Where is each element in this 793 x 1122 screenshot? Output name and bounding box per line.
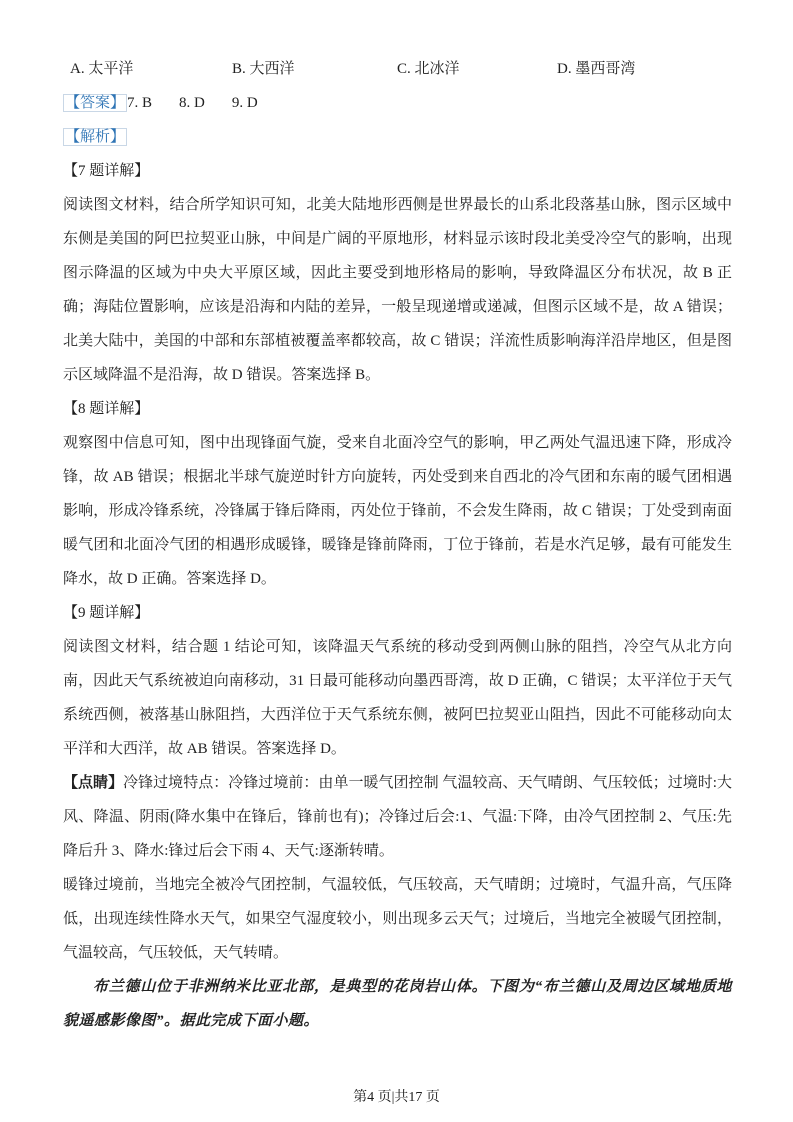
option-a: A. 太平洋 — [70, 52, 133, 86]
answer-row: 【答案】7. B8. D9. D — [63, 86, 732, 120]
tip-paragraph: 【点睛】冷锋过境特点：冷锋过境前：由单一暖气团控制 气温较高、天气晴朗、气压较低… — [63, 766, 732, 868]
section-heading-q8: 【8 题详解】 — [63, 392, 732, 426]
section-heading-q7: 【7 题详解】 — [63, 154, 732, 188]
section-body-q9: 阅读图文材料，结合题 1 结论可知，该降温天气系统的移动受到两侧山脉的阻挡，冷空… — [63, 630, 732, 766]
document-page: A. 太平洋 B. 大西洋 C. 北冰洋 D. 墨西哥湾 【答案】7. B8. … — [0, 0, 793, 1122]
section-heading-q9: 【9 题详解】 — [63, 596, 732, 630]
warm-front-paragraph: 暖锋过境前，当地完全被冷气团控制，气温较低，气压较高，天气晴朗；过境时，气温升高… — [63, 868, 732, 970]
section-body-q8: 观察图中信息可知，图中出现锋面气旋，受来自北面冷空气的影响，甲乙两处气温迅速下降… — [63, 426, 732, 596]
choice-options-row: A. 太平洋 B. 大西洋 C. 北冰洋 D. 墨西哥湾 — [63, 52, 732, 86]
option-d: D. 墨西哥湾 — [557, 52, 635, 86]
page-content: A. 太平洋 B. 大西洋 C. 北冰洋 D. 墨西哥湾 【答案】7. B8. … — [63, 52, 732, 1038]
option-c: C. 北冰洋 — [397, 52, 460, 86]
answer-label: 【答案】 — [63, 94, 127, 112]
answer-q8: 8. D — [179, 95, 205, 111]
analysis-label: 【解析】 — [63, 128, 127, 146]
answer-q7: 7. B — [127, 95, 152, 111]
tip-label: 【点睛】 — [63, 775, 123, 791]
tip-text: 冷锋过境特点：冷锋过境前：由单一暖气团控制 气温较高、天气晴朗、气压较低；过境时… — [63, 775, 732, 859]
page-footer: 第4 页|共17 页 — [0, 1086, 793, 1106]
answer-q9: 9. D — [232, 95, 258, 111]
analysis-row: 【解析】 — [63, 120, 732, 154]
section-body-q7: 阅读图文材料，结合所学知识可知，北美大陆地形西侧是世界最长的山系北段落基山脉，图… — [63, 188, 732, 392]
option-b: B. 大西洋 — [232, 52, 295, 86]
next-question-intro: 布兰德山位于非洲纳米比亚北部，是典型的花岗岩山体。下图为“布兰德山及周边区域地质… — [63, 970, 732, 1038]
